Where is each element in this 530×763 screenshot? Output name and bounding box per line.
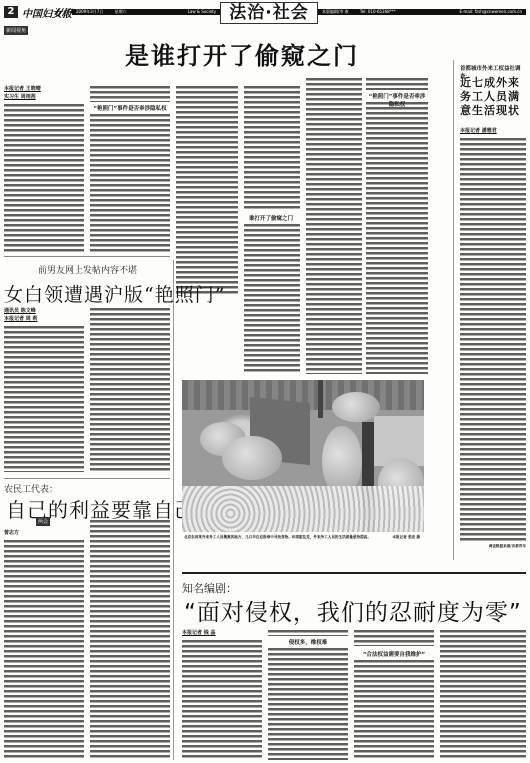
- main-article-column-6b: [366, 102, 428, 374]
- article-3-author: 曾志方: [4, 530, 19, 537]
- section-tag: 新闻视角: [4, 26, 28, 35]
- main-article-column-2b: [90, 114, 170, 252]
- divider-article-2: [4, 256, 170, 257]
- article-4-column-4: [440, 630, 526, 760]
- main-subhead-1: “艳照门”事件是否牵涉隐私权: [90, 104, 170, 112]
- main-article-column-4b: [244, 224, 300, 372]
- main-article-column-6a: [366, 78, 428, 90]
- main-headline: 是谁打开了偷窥之门: [92, 36, 392, 71]
- article-4-subhead-1: 侵权多，维权难: [268, 638, 348, 646]
- divider-article-3: [4, 478, 170, 479]
- masthead-bar-left: 2009年3月7日 星期六 Law & Society: [72, 9, 220, 15]
- article-3-tag: 两会: [36, 517, 50, 526]
- main-article-column-3: [176, 86, 238, 294]
- main-article-column-5: [306, 78, 362, 374]
- section-title: 法治·社会: [220, 2, 318, 24]
- masthead: 2 中国妇女报 2009年3月7日 星期六 Law & Society 法治·社…: [4, 4, 526, 20]
- sidebar-byline: 本报记者 潘雅君: [460, 128, 497, 135]
- issue-weekday: 星期六: [115, 9, 127, 14]
- photo-credit: 本报记者 张亮 摄: [392, 534, 420, 540]
- article-4-column-1: [182, 640, 262, 760]
- sheep-icon: [332, 392, 380, 422]
- news-photo-sheep: [182, 380, 424, 532]
- masthead-bar-right: 本版编辑/李 康 Tel: 010-65368*** E-mail: fzsh@…: [318, 9, 526, 15]
- sidebar-headline: 近七成外来务工人员满意生活现状: [460, 76, 526, 118]
- article-2-headline: 女白领遭遇沪版“艳照门”: [4, 280, 225, 307]
- article-2-kicker: 前男友网上发帖内容不堪: [38, 263, 137, 276]
- page-number: 2: [4, 6, 18, 18]
- article-4-column-2b: [268, 648, 348, 760]
- column-divider: [173, 260, 174, 760]
- main-article-column-4a: [244, 86, 300, 210]
- photo-post: [318, 380, 323, 418]
- divider-article-4: [182, 572, 526, 574]
- email-address: E-mail: fzsh@cnwomen.com.cn: [460, 9, 522, 15]
- main-subhead-2: 谁打开了偷窥之门: [240, 214, 302, 222]
- issue-date: 2009年3月7日: [76, 9, 103, 14]
- article-4-byline: 本报记者 钱 晶: [182, 630, 215, 637]
- article-4-headline: “面对侵权，我们的忍耐度为零”: [184, 594, 522, 627]
- article-4-column-3b: [354, 660, 434, 760]
- sheep-icon: [222, 436, 282, 480]
- sidebar-body: [460, 138, 526, 542]
- main-byline-1: 本报记者 王晓晴: [4, 86, 41, 93]
- article-2-byline-1: 通讯员 陈文峰: [4, 308, 36, 315]
- article-4-subhead-2: “合法权益需要自我维护”: [354, 650, 434, 658]
- article-3-column-2: [90, 520, 170, 760]
- main-article-column-2a: [90, 86, 170, 102]
- phone-number: Tel: 010-65368***: [360, 9, 396, 14]
- article-2-column-2: [90, 308, 170, 472]
- article-3-column-1: [4, 540, 84, 760]
- main-article-column-1: [4, 104, 84, 252]
- sidebar-footer: 调查数据来源/首都青年: [470, 544, 526, 549]
- sidebar-divider: [453, 60, 454, 560]
- photo-caption-text: 北京东郊某外来务工人员聚集的地方，几只羊在垃圾堆中寻找食物。环境脏乱差，外来务工…: [184, 535, 371, 539]
- editor-info: 本版编辑/李 康: [322, 9, 349, 14]
- article-4-column-2a: [268, 630, 348, 636]
- photo-debris: [182, 486, 424, 532]
- section-english: Law & Society: [188, 9, 216, 15]
- article-2-column-1: [4, 326, 84, 472]
- decorative-hatch-icon: [56, 8, 72, 16]
- article-2-byline-2: 本报记者 周 莉: [4, 316, 37, 323]
- article-4-column-3a: [354, 630, 434, 646]
- photo-caption: 北京东郊某外来务工人员聚集的地方，几只羊在垃圾堆中寻找食物。环境脏乱差，外来务工…: [184, 534, 424, 540]
- main-byline-2: 实习生 周雨茜: [4, 94, 36, 101]
